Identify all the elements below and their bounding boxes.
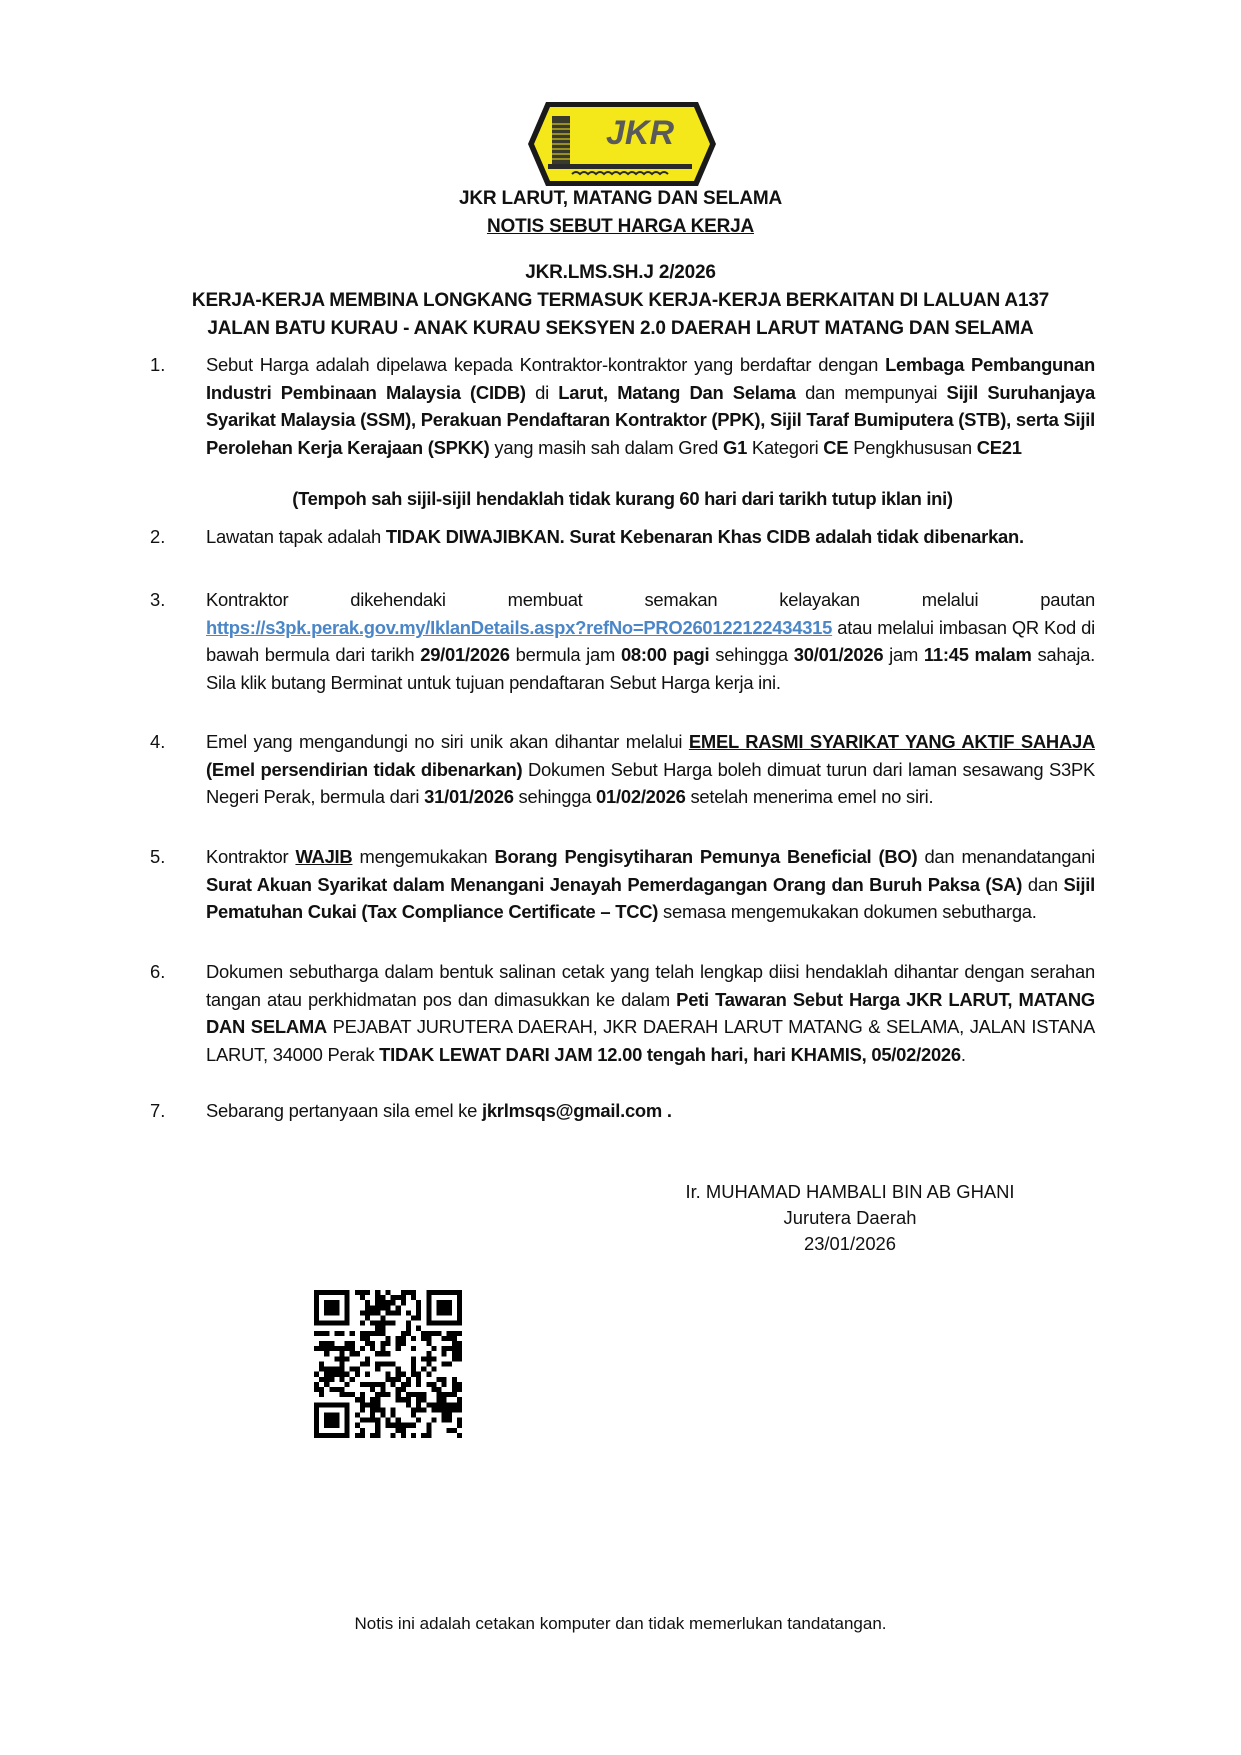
emphasis-text: EMEL RASMI SYARIKAT YANG AKTIF SAHAJA [689, 731, 1095, 752]
clause-7: 7. Sebarang pertanyaan sila emel ke jkrl… [150, 1097, 1095, 1125]
clause-text: Kontraktor WAJIB mengemukakan Borang Pen… [206, 843, 1095, 926]
emphasis-text: Borang Pengisytiharan Pemunya Beneficial… [495, 846, 918, 867]
emphasis-text: Larut, Matang Dan Selama [558, 382, 795, 403]
notice-page: JKR JKR LARUT, MATANG DAN SELAMA NOTIS S… [0, 0, 1241, 1755]
emphasis-text: G1 [723, 437, 747, 458]
clause-text: Sebarang pertanyaan sila emel ke jkrlmsq… [206, 1097, 1095, 1125]
jkr-logo: JKR [524, 94, 720, 194]
clause-5: 5. Kontraktor WAJIB mengemukakan Borang … [150, 843, 1095, 926]
signature-date: 23/01/2026 [640, 1231, 1060, 1257]
emphasis-text: Surat Akuan Syarikat dalam Menangani Jen… [206, 874, 1022, 895]
emphasis-text: 01/02/2026 [596, 786, 686, 807]
clause-number: 1. [150, 351, 190, 379]
emphasis-text: Peti Tawaran Sebut Harga JKR LARUT, MATA… [206, 989, 1095, 1038]
emphasis-text: WAJIB [295, 846, 352, 867]
clause-number: 5. [150, 843, 190, 871]
signatory-name: Ir. MUHAMAD HAMBALI BIN AB GHANI [640, 1179, 1060, 1205]
emphasis-text: TIDAK LEWAT DARI JAM 12.00 tengah hari, … [379, 1044, 961, 1065]
clause-number: 6. [150, 958, 190, 986]
clause-number: 4. [150, 728, 190, 756]
clause-text: Dokumen sebutharga dalam bentuk salinan … [206, 958, 1095, 1068]
clause-text: Sebut Harga adalah dipelawa kepada Kontr… [206, 351, 1095, 461]
clause-2: 2. Lawatan tapak adalah TIDAK DIWAJIBKAN… [150, 523, 1095, 551]
notice-title: NOTIS SEBUT HARGA KERJA [0, 216, 1241, 238]
office-name: JKR LARUT, MATANG DAN SELAMA [0, 188, 1241, 210]
clause-number: 7. [150, 1097, 190, 1125]
clause-text: Lawatan tapak adalah TIDAK DIWAJIBKAN. S… [206, 523, 1095, 551]
clause-3: 3. Kontraktor dikehendaki membuat semaka… [150, 586, 1095, 696]
svg-text:JKR: JKR [606, 114, 674, 152]
project-title-line-1: KERJA-KERJA MEMBINA LONGKANG TERMASUK KE… [0, 290, 1241, 312]
emphasis-text: 31/01/2026 [424, 786, 514, 807]
emphasis-text: CE [823, 437, 848, 458]
clause-number: 3. [150, 586, 190, 614]
validity-note: (Tempoh sah sijil-sijil hendaklah tidak … [150, 488, 1095, 510]
clause-1: 1. Sebut Harga adalah dipelawa kepada Ko… [150, 351, 1095, 461]
emphasis-text: 30/01/2026 [794, 644, 884, 665]
footer-disclaimer: Notis ini adalah cetakan komputer dan ti… [0, 1614, 1241, 1634]
refno-link[interactable]: https://s3pk.perak.gov.my/IklanDetails.a… [206, 617, 832, 638]
qr-code[interactable] [314, 1290, 462, 1438]
emphasis-text: jkrlmsqs@gmail.com . [482, 1100, 672, 1121]
clause-number: 2. [150, 523, 190, 551]
emphasis-text: CE21 [977, 437, 1022, 458]
clause-text: Kontraktor dikehendaki membuat semakan k… [206, 586, 1095, 696]
emphasis-text: 08:00 pagi [621, 644, 709, 665]
emphasis-text: (Emel persendirian tidak dibenarkan) [206, 759, 522, 780]
emphasis-text: 29/01/2026 [420, 644, 510, 665]
clause-4: 4. Emel yang mengandungi no siri unik ak… [150, 728, 1095, 811]
emphasis-text: 11:45 malam [924, 644, 1032, 665]
emphasis-text: TIDAK DIWAJIBKAN. Surat Kebenaran Khas C… [386, 526, 1024, 547]
clause-6: 6. Dokumen sebutharga dalam bentuk salin… [150, 958, 1095, 1068]
project-title-line-2: JALAN BATU KURAU - ANAK KURAU SEKSYEN 2.… [0, 318, 1241, 340]
clause-text: Emel yang mengandungi no siri unik akan … [206, 728, 1095, 811]
reference-number: JKR.LMS.SH.J 2/2026 [0, 262, 1241, 284]
signatory-position: Jurutera Daerah [640, 1205, 1060, 1231]
